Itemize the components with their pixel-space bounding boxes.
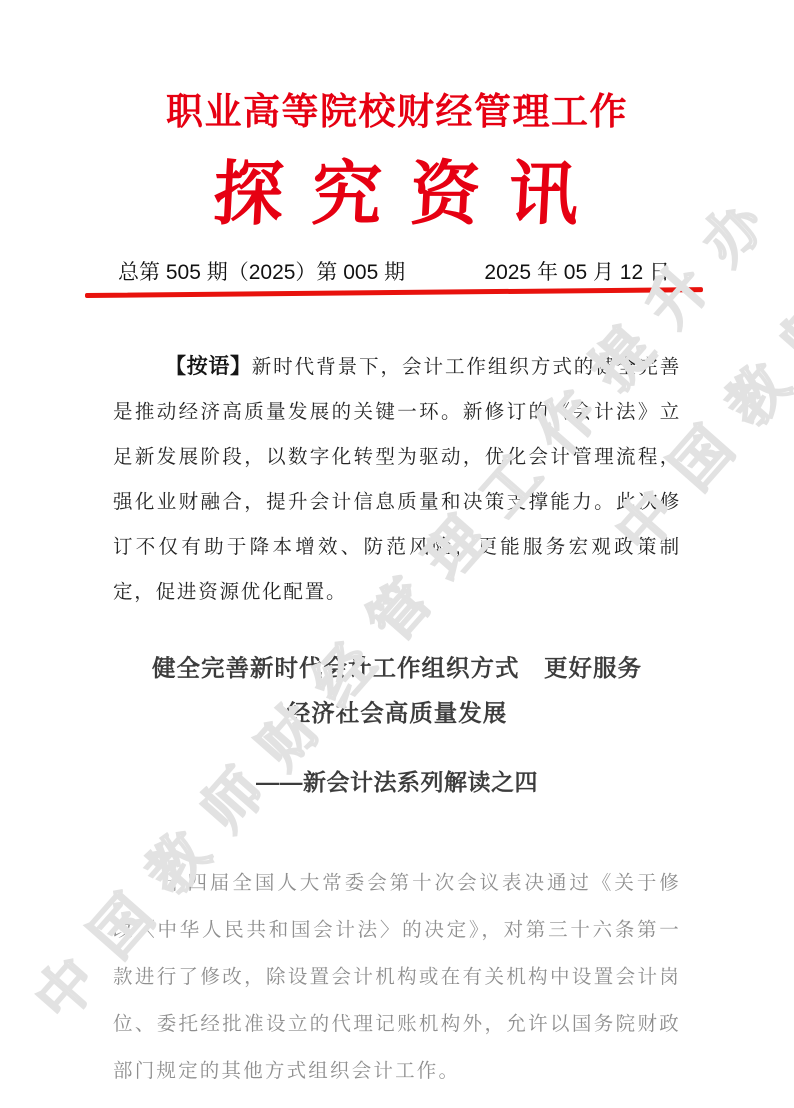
masthead-supertitle: 职业高等院校财经管理工作 xyxy=(0,88,794,136)
article-subtitle: ——新会计法系列解读之四 xyxy=(0,766,794,799)
article-body-paragraph: 十四届全国人大常委会第十次会议表决通过《关于修改〈中华人民共和国会计法〉的决定》… xyxy=(113,859,681,1094)
editor-note-text: 新时代背景下，会计工作组织方式的健全完善是推动经济高质量发展的关键一环。新修订的… xyxy=(113,355,681,603)
masthead: 职业高等院校财经管理工作 探 究 资 讯 xyxy=(0,0,794,240)
issue-number: 总第 505 期（2025）第 005 期 xyxy=(118,258,405,288)
document-page: 中国教师财经管理工作提升办 中国教师财经管理工作提升办 职业高等院校财经管理工作… xyxy=(0,0,794,1108)
article-title: 健全完善新时代会计工作组织方式 更好服务 经济社会高质量发展 xyxy=(80,646,714,736)
issue-line: 总第 505 期（2025）第 005 期 2025 年 05 月 12 日 xyxy=(118,258,670,288)
article-title-line2: 经济社会高质量发展 xyxy=(287,700,508,726)
issue-date: 2025 年 05 月 12 日 xyxy=(484,258,670,288)
editor-note-label: 【按语】 xyxy=(165,355,252,378)
editor-note-paragraph: 【按语】新时代背景下，会计工作组织方式的健全完善是推动经济高质量发展的关键一环。… xyxy=(113,344,681,614)
masthead-main-title: 探 究 资 讯 xyxy=(0,148,794,240)
article-title-line1: 健全完善新时代会计工作组织方式 更好服务 xyxy=(152,655,642,681)
red-divider-rule xyxy=(85,287,703,297)
